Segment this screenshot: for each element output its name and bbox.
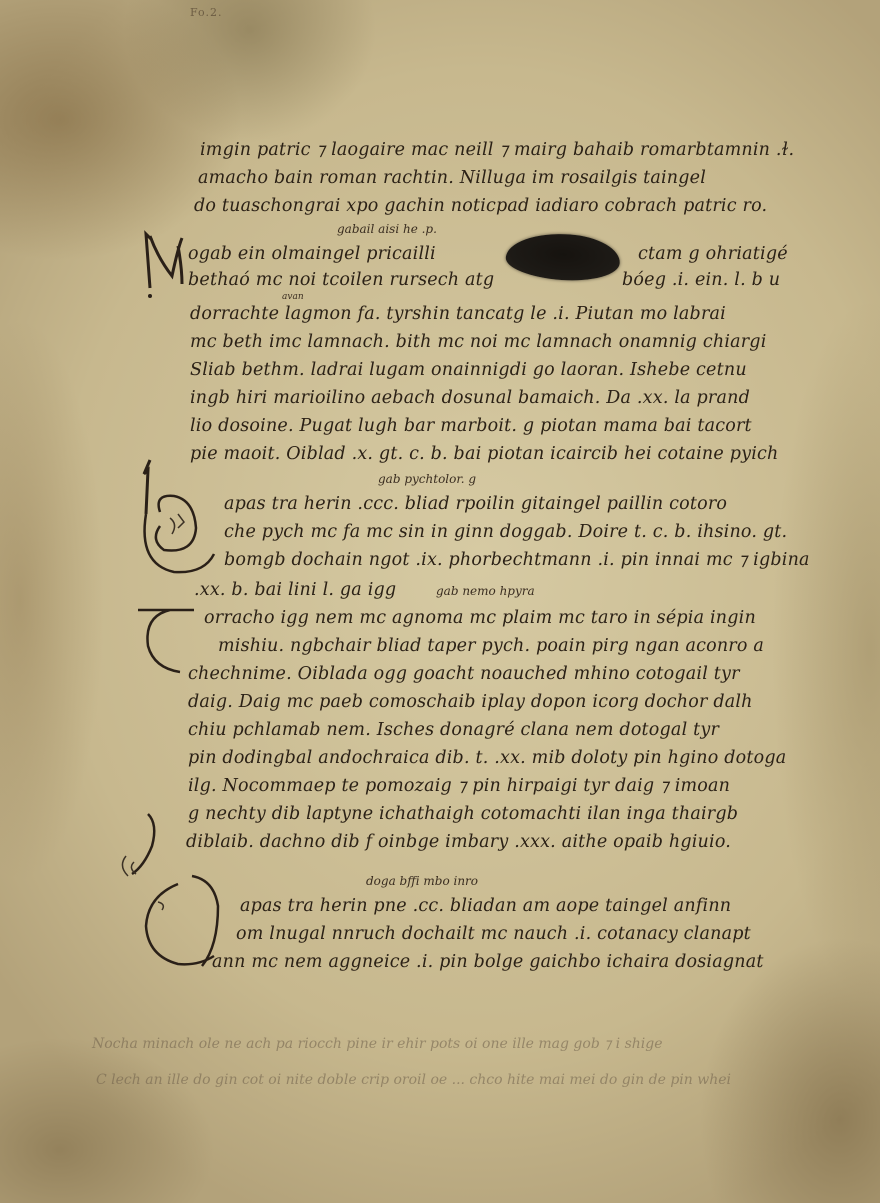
marginal-note: C lech an ille do gin cot oi nite doble … [96, 1072, 731, 1088]
decorated-initial-g [134, 454, 224, 584]
section-heading: doga bffi mbo inro [366, 874, 478, 888]
text-line: diblaib. dachno dib f oinbge imbary .xxx… [186, 832, 731, 852]
text-line: g nechty dib laptyne ichathaigh cotomach… [188, 804, 738, 824]
text-line: pie maoit. Oiblad .x. gt. c. b. bai piot… [190, 444, 778, 464]
text-line: ingb hiri marioilino aebach dosunal bama… [190, 388, 750, 408]
text-line: orracho igg nem mc agnoma mc plaim mc ta… [204, 608, 756, 628]
folio-number: Fo.2. [190, 6, 222, 19]
section-heading: gab nemo hpyra [436, 584, 535, 598]
decorated-initial-g [118, 806, 228, 976]
text-line: Sliab bethm. ladrai lugam onainnigdi go … [190, 360, 747, 380]
text-line: ilg. Nocommaep te pomozaig ⁊ pin hirpaig… [188, 776, 730, 796]
text-line: om lnugal nnruch dochailt mc nauch .i. c… [236, 924, 751, 944]
text-line: che pych mc fa mc sin in ginn doggab. Do… [224, 522, 787, 542]
ink-blot [505, 230, 622, 284]
text-line: mishiu. ngbchair bliad taper pych. poain… [218, 636, 764, 656]
text-line: lio dosoine. Pugat lugh bar marboit. g p… [190, 416, 752, 436]
text-line: daig. Daig mc paeb comoschaib iplay dopo… [188, 692, 753, 712]
interlinear-gloss: avan [282, 292, 304, 302]
text-line: ogab ein olmaingel pricailli [188, 244, 436, 264]
section-heading: gabail aisi he .p. [337, 222, 437, 236]
text-line: mc beth imc lamnach. bith mc noi mc lamn… [190, 332, 767, 352]
text-line: bóeg .i. ein. l. b u [622, 270, 780, 290]
text-line: ann mc nem aggneice .i. pin bolge gaichb… [212, 952, 764, 972]
text-line: apas tra herin pne .cc. bliadan am aope … [240, 896, 731, 916]
text-line: amacho bain roman rachtin. Nilluga im ro… [198, 168, 706, 188]
text-line: bomgb dochain ngot .ix. phorbechtmann .i… [224, 550, 810, 570]
text-line: ctam g ohriatigé [638, 244, 788, 264]
text-line: pin dodingbal andochraica dib. t. .xx. m… [188, 748, 786, 768]
marginal-note: Nocha minach ole ne ach pa riocch pine i… [92, 1036, 663, 1052]
text-line: imgin patric ⁊ laogaire mac neill ⁊ mair… [200, 140, 794, 160]
text-line: dorrachte lagmon fa. tyrshin tancatg le … [190, 304, 726, 324]
text-line: .xx. b. bai lini l. ga igg [194, 580, 396, 600]
decorated-initial-n [138, 228, 188, 308]
text-line: do tuaschongrai xpo gachin noticpad iadi… [194, 196, 767, 216]
text-line: apas tra herin .ccc. bliad rpoilin gitai… [224, 494, 727, 514]
text-line: chechnime. Oiblada ogg goacht noauched m… [188, 664, 740, 684]
text-line: bethaó mc noi tcoilen rursech atg [188, 270, 494, 290]
manuscript-page: Fo.2. imgin patric ⁊ laogaire mac neill … [0, 0, 880, 1203]
text-line: chiu pchlamab nem. Isches donagré clana … [188, 720, 719, 740]
section-heading: gab pychtolor. g [378, 472, 476, 486]
